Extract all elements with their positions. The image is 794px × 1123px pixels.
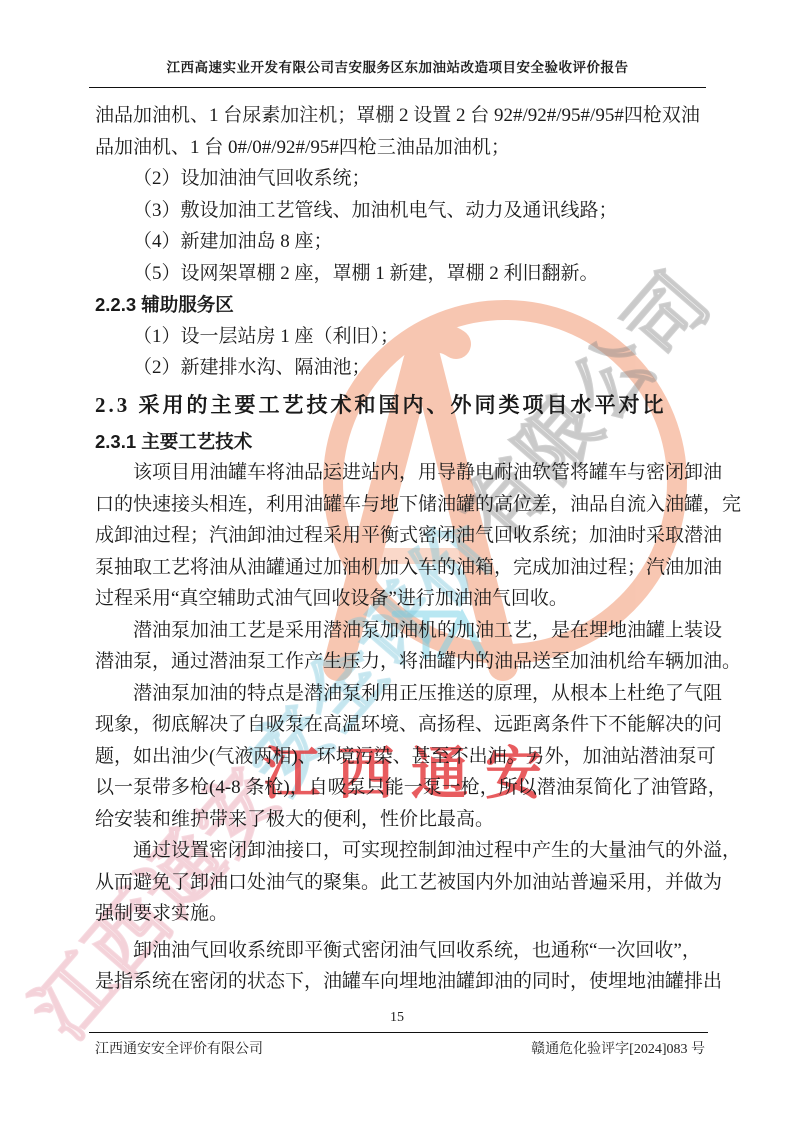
text-line: （4）新建加油岛 8 座； xyxy=(95,226,705,258)
text-line: 潜油泵，通过潜油泵工作产生压力，将油罐内的油品送至加油机给车辆加油。 xyxy=(95,646,705,678)
text-line: 潜油泵加油工艺是采用潜油泵加油机的加油工艺，是在埋地油罐上装设 xyxy=(95,615,705,647)
text-line: 强制要求实施。 xyxy=(95,898,705,930)
text-line: 过程采用“真空辅助式油气回收设备”进行加油油气回收。 xyxy=(95,583,705,615)
page-number: 15 xyxy=(0,1010,794,1026)
text-line: 通过设置密闭卸油接口，可实现控制卸油过程中产生的大量油气的外溢， xyxy=(95,835,705,867)
footer-doc-number: 赣通危化验评字[2024]083 号 xyxy=(531,1038,705,1058)
text-line: 口的快速接头相连，利用油罐车与地下储油罐的高位差，油品自流入油罐，完 xyxy=(95,489,705,521)
text-line: 品加油机、1 台 0#/0#/92#/95#四枪三油品加油机； xyxy=(95,132,705,164)
text-line: 以一泵带多枪(4-8 条枪)，自吸泵只能一泵一枪，所以潜油泵简化了油管路， xyxy=(95,772,705,804)
text-line: 成卸油过程；汽油卸油过程采用平衡式密闭油气回收系统；加油时采取潜油 xyxy=(95,520,705,552)
text-line: 题，如出油少(气液两相)、环境污染、甚至不出油。另外，加油站潜油泵可 xyxy=(95,741,705,773)
document-page: 江西通安安全评价有限公司 江西通安 江西高速实业开发有限公司吉安服务区东加油站改… xyxy=(0,0,794,1123)
text-line: 2.3 采用的主要工艺技术和国内、外同类项目水平对比 xyxy=(95,384,705,426)
text-line: 潜油泵加油的特点是潜油泵利用正压推送的原理，从根本上杜绝了气阻 xyxy=(95,678,705,710)
document-footer: 江西通安安全评价有限公司 赣通危化验评字[2024]083 号 xyxy=(95,1038,705,1058)
text-line: （2）新建排水沟、隔油池； xyxy=(95,352,705,384)
text-line: （3）敷设加油工艺管线、加油机电气、动力及通讯线路； xyxy=(95,195,705,227)
text-line: 2.2.3 辅助服务区 xyxy=(95,289,705,321)
footer-divider xyxy=(89,1032,708,1033)
text-line: 从而避免了卸油口处油气的聚集。此工艺被国内外加油站普遍采用，并做为 xyxy=(95,867,705,899)
text-line: 2.3.1 主要工艺技术 xyxy=(95,426,705,458)
text-line: （5）设网架罩棚 2 座，罩棚 1 新建，罩棚 2 利旧翻新。 xyxy=(95,258,705,290)
text-line: 该项目用油罐车将油品运进站内，用导静电耐油软管将罐车与密闭卸油 xyxy=(95,457,705,489)
footer-company: 江西通安安全评价有限公司 xyxy=(95,1038,263,1058)
text-line: 泵抽取工艺将油从油罐通过加油机加入车的油箱，完成加油过程；汽油加油 xyxy=(95,552,705,584)
text-line: 是指系统在密闭的状态下，油罐车向埋地油罐卸油的同时，使埋地油罐排出 xyxy=(95,966,705,998)
text-line: 油品加油机、1 台尿素加注机；罩棚 2 设置 2 台 92#/92#/95#/9… xyxy=(95,100,705,132)
text-line: 现象，彻底解决了自吸泵在高温环境、高扬程、远距离条件下不能解决的问 xyxy=(95,709,705,741)
body-text: 油品加油机、1 台尿素加注机；罩棚 2 设置 2 台 92#/92#/95#/9… xyxy=(95,100,705,998)
document-header-title: 江西高速实业开发有限公司吉安服务区东加油站改造项目安全验收评价报告 xyxy=(89,56,706,76)
text-line: （1）设一层站房 1 座（利旧）； xyxy=(95,321,705,353)
text-line: （2）设加油油气回收系统； xyxy=(95,163,705,195)
text-line: 卸油油气回收系统即平衡式密闭油气回收系统，也通称“一次回收”， xyxy=(95,935,705,967)
text-line: 给安装和维护带来了极大的便利，性价比最高。 xyxy=(95,804,705,836)
header-divider xyxy=(89,87,706,88)
